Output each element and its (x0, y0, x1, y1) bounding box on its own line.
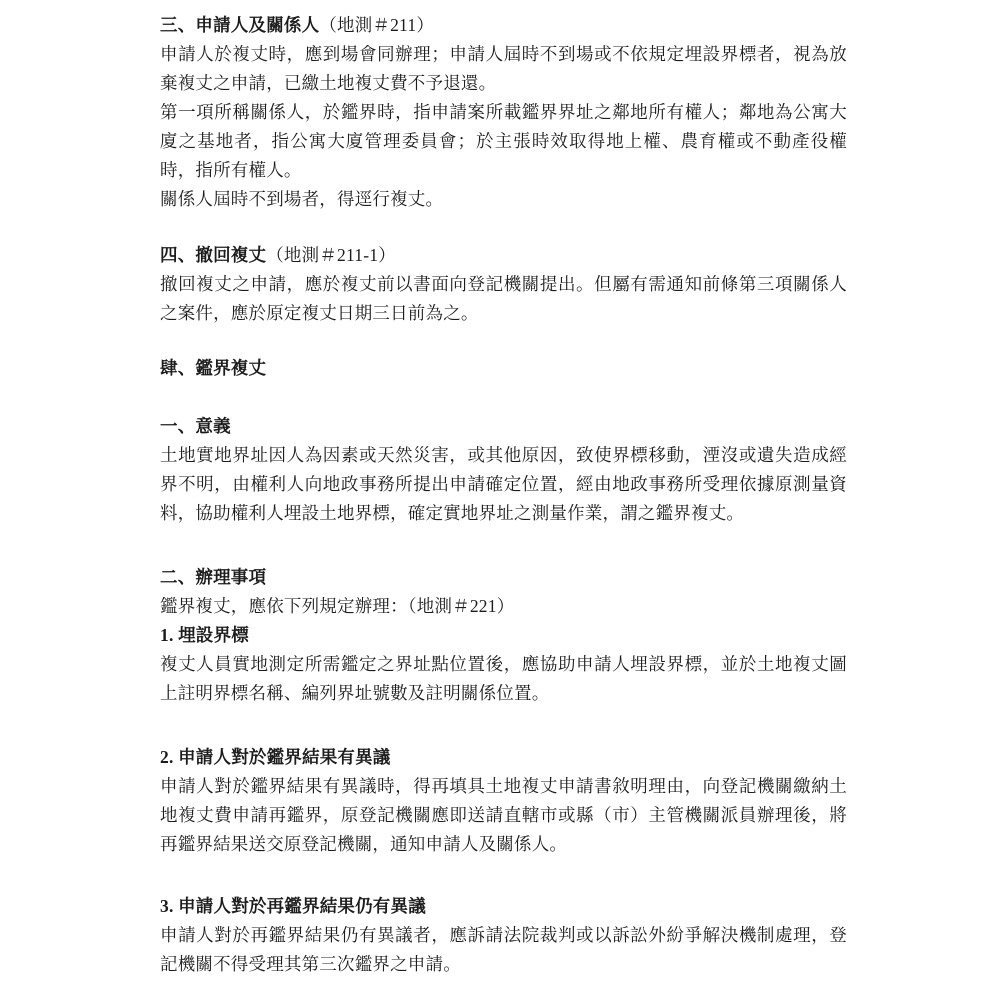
subheading-title: 3. 申請人對於再鑑界結果仍有異議 (160, 896, 426, 916)
section-heading-title: 二、辦理事項 (160, 567, 266, 587)
section-heading-title: 三、申請人及關係人 (160, 15, 319, 35)
subheading-title: 2. 申請人對於鑑界結果有異議 (160, 747, 391, 767)
section-heading-handling-matters: 二、辦理事項 (160, 563, 847, 592)
paragraph: 鑑界複丈，應依下列規定辦理：（地測＃221） (160, 592, 847, 621)
numbered-subheading-set-boundary-markers: 1. 埋設界標 (160, 621, 847, 650)
paragraph: 複丈人員實地測定所需鑑定之界址點位置後，應協助申請人埋設界標，並於土地複丈圖上註… (160, 650, 847, 708)
chapter-heading-boundary-identification-resurvey: 肆、鑑界複丈 (160, 354, 847, 383)
paragraph: 第一項所稱關係人，於鑑界時，指申請案所載鑑界界址之鄰地所有權人；鄰地為公寓大廈之… (160, 98, 847, 185)
paragraph: 申請人於複丈時，應到場會同辦理；申請人屆時不到場或不依規定埋設界標者，視為放棄複… (160, 40, 847, 98)
paragraph: 申請人對於再鑑界結果仍有異議者，應訴請法院裁判或以訴訟外紛爭解決機制處理，登記機… (160, 921, 847, 979)
subheading-title: 1. 埋設界標 (160, 625, 249, 645)
paragraph: 土地實地界址因人為因素或天然災害，或其他原因，致使界標移動，湮沒或遺失造成經界不… (160, 441, 847, 528)
numbered-subheading-objection-to-second-result: 3. 申請人對於再鑑界結果仍有異議 (160, 892, 847, 921)
paragraph: 撤回複丈之申請，應於複丈前以書面向登記機關提出。但屬有需通知前條第三項關係人之案… (160, 270, 847, 328)
paragraph: 申請人對於鑑界結果有異議時，得再填具土地複丈申請書敘明理由，向登記機關繳納土地複… (160, 772, 847, 859)
section-heading-regulation-ref: （地測＃211） (319, 15, 434, 35)
document-page: 三、申請人及關係人（地測＃211） 申請人於複丈時，應到場會同辦理；申請人屆時不… (160, 11, 847, 979)
chapter-heading-title: 肆、鑑界複丈 (160, 358, 266, 378)
section-heading-title: 一、意義 (160, 416, 231, 436)
numbered-subheading-objection-to-result: 2. 申請人對於鑑界結果有異議 (160, 743, 847, 772)
section-heading-applicants-and-related-persons: 三、申請人及關係人（地測＃211） (160, 11, 847, 40)
paragraph: 關係人屆時不到場者，得逕行複丈。 (160, 185, 847, 214)
section-heading-withdraw-resurvey: 四、撤回複丈（地測＃211-1） (160, 241, 847, 270)
section-heading-title: 四、撤回複丈 (160, 245, 266, 265)
section-heading-regulation-ref: （地測＃211-1） (266, 245, 396, 265)
section-heading-meaning: 一、意義 (160, 412, 847, 441)
